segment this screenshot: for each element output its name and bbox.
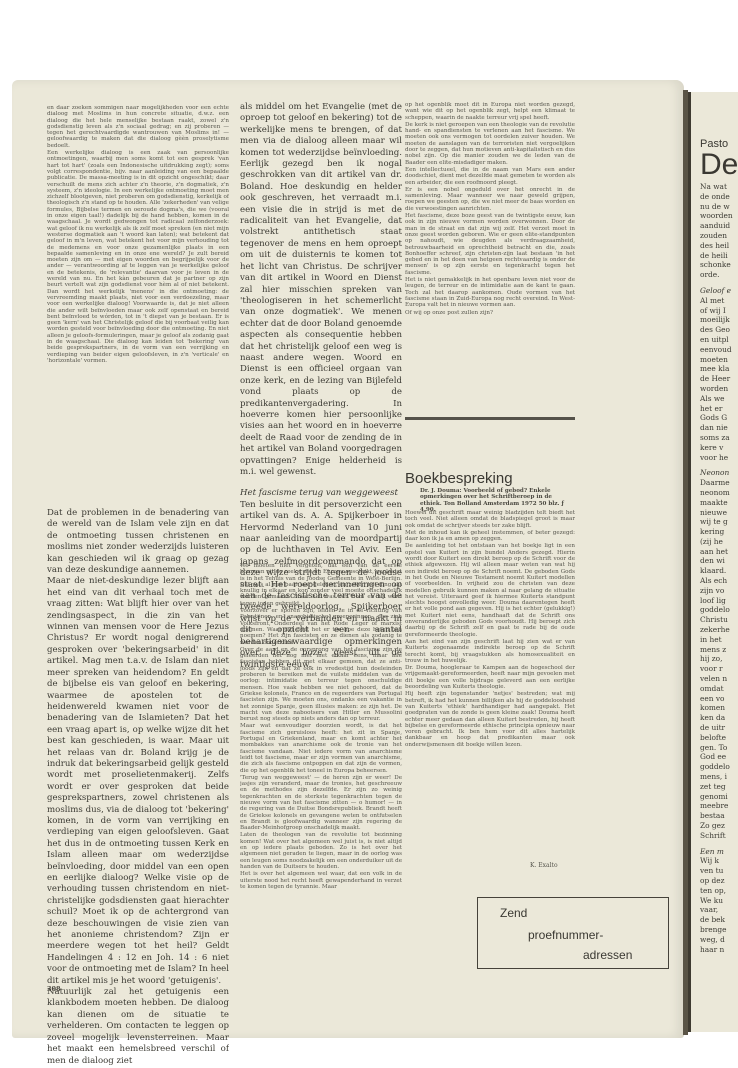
paragraph: Dr. Douma, hoogleraar te Kampen aan de h… bbox=[405, 665, 575, 690]
right-page-heading: De bbox=[700, 148, 738, 182]
text-line: velen n bbox=[700, 674, 738, 684]
text-line: goddelo bbox=[700, 762, 738, 772]
text-line: hij zo, bbox=[700, 654, 738, 664]
text-line: We ku bbox=[700, 896, 738, 906]
ad-line-3: adressen bbox=[583, 948, 632, 962]
text-line: Schrift bbox=[700, 831, 738, 841]
text-line: (zij he bbox=[700, 537, 738, 547]
text-line: mens, i bbox=[700, 772, 738, 782]
paragraph: 'Terug van weggeweest' — de heren zijn e… bbox=[240, 775, 402, 832]
paragraph: Maar de niet-deskundige lezer blijft aan… bbox=[47, 576, 229, 987]
text-line: moeten bbox=[700, 355, 738, 365]
text-line: Daarme bbox=[700, 478, 738, 488]
text-line: Zo gez bbox=[700, 821, 738, 831]
ad-line-2: proefnummer- bbox=[528, 928, 603, 942]
text-line: dan nie bbox=[700, 423, 738, 433]
text-line: Geloof e bbox=[700, 286, 738, 296]
text-line: nu de w bbox=[700, 202, 738, 212]
text-line: Als we bbox=[700, 394, 738, 404]
text-line: komen bbox=[700, 703, 738, 713]
text-line: gen. To bbox=[700, 743, 738, 753]
text-line: de Heer bbox=[700, 374, 738, 384]
text-line: worden bbox=[700, 384, 738, 394]
column-1-large-text: Dat de problemen in de benadering van de… bbox=[47, 508, 229, 1067]
paragraph: Over de aard en de oorsprong van het fas… bbox=[240, 647, 402, 723]
text-line: zekerhe bbox=[700, 625, 738, 635]
text-line: vaar, bbox=[700, 905, 738, 915]
text-line: wij te g bbox=[700, 517, 738, 527]
text-line: zet teg bbox=[700, 782, 738, 792]
text-line: de heili bbox=[700, 251, 738, 261]
text-line: Al met bbox=[700, 296, 738, 306]
text-line: soms za bbox=[700, 433, 738, 443]
text-line: belofte bbox=[700, 733, 738, 743]
text-line: des Geo bbox=[700, 325, 738, 335]
text-line: loof lig bbox=[700, 596, 738, 606]
paragraph: Maar wat eenvoudiger doorzien wordt, is … bbox=[240, 723, 402, 773]
text-line: neonom bbox=[700, 488, 738, 498]
text-line: kering bbox=[700, 527, 738, 537]
paragraph: Aan het eind van zijn geschrift laat hij… bbox=[405, 639, 575, 664]
text-line: des heil bbox=[700, 241, 738, 251]
text-line: ven tu bbox=[700, 866, 738, 876]
review-heading: Boekbespreking bbox=[405, 470, 513, 487]
text-line: Gods G bbox=[700, 413, 738, 423]
text-line: meebre bbox=[700, 801, 738, 811]
paragraph: Of wij op onze post zullen zijn? bbox=[405, 310, 575, 316]
text-line: schonke bbox=[700, 260, 738, 270]
paragraph: en daar zoeken sommigen naar mogelijkhed… bbox=[47, 105, 229, 149]
text-line: Een m bbox=[700, 847, 738, 857]
right-page-text: Na watde ondenu de wwoordenaanduidzouden… bbox=[700, 182, 738, 954]
paragraph: Het is over het algemeen wel waar, dat e… bbox=[240, 871, 402, 890]
text-line: Christu bbox=[700, 615, 738, 625]
column-3-small-text: op het ogenblik moet dit in Europa niet … bbox=[405, 102, 575, 317]
text-line: de uitr bbox=[700, 723, 738, 733]
review-body: Hoewel dit geschrift maar weinig bladzij… bbox=[405, 510, 575, 749]
text-line: kere v bbox=[700, 443, 738, 453]
text-line: weg, d bbox=[700, 935, 738, 945]
text-line: en uitpl bbox=[700, 335, 738, 345]
section-divider bbox=[405, 417, 575, 420]
paragraph: op het ogenblik moet dit in Europa niet … bbox=[405, 102, 575, 121]
text-line: op dez bbox=[700, 876, 738, 886]
paragraph: Er is een nobel ongeduld over het onrech… bbox=[405, 187, 575, 212]
section-heading: Het fascisme terug van weggeweest bbox=[240, 488, 402, 499]
column-1-small-text: en daar zoeken sommigen naar mogelijkhed… bbox=[47, 105, 229, 365]
text-line: mens z bbox=[700, 645, 738, 655]
text-line: Neonon bbox=[700, 468, 738, 478]
text-line: de bek bbox=[700, 915, 738, 925]
text-line: den wi bbox=[700, 556, 738, 566]
paragraph: We moeten niet vergeten, dat een van de … bbox=[240, 563, 402, 607]
ad-line-1: Zend bbox=[500, 906, 527, 920]
text-line: ten op, bbox=[700, 886, 738, 896]
paragraph: Met de inhoud kan ik geheel instemmen, o… bbox=[405, 530, 575, 543]
text-line: moeilijk bbox=[700, 315, 738, 325]
page-number: 308 bbox=[47, 985, 61, 993]
column-2-small-text: We moeten niet vergeten, dat een van de … bbox=[240, 563, 402, 891]
text-line: de onde bbox=[700, 192, 738, 202]
paragraph: als middel om het Evangelie (met de opro… bbox=[240, 102, 402, 478]
paragraph: Het fascisme, deze boze geest van de twi… bbox=[405, 213, 575, 276]
text-line: voor r bbox=[700, 664, 738, 674]
text-line: Wij k bbox=[700, 856, 738, 866]
text-line: een vo bbox=[700, 694, 738, 704]
text-line: eenvoud bbox=[700, 345, 738, 355]
text-line: het er bbox=[700, 404, 738, 414]
review-author: K. Exalto bbox=[530, 862, 558, 869]
text-line: brenge bbox=[700, 925, 738, 935]
paragraph: Hij heeft zijn tegenstander 'netjes' bes… bbox=[405, 691, 575, 748]
text-line: maakte bbox=[700, 498, 738, 508]
paragraph: Een intellectueel, die in de naam van Ma… bbox=[405, 167, 575, 186]
paragraph: Het is niet gemakkelijk in het openbare … bbox=[405, 277, 575, 308]
text-line: in het bbox=[700, 635, 738, 645]
text-line: goddelo bbox=[700, 605, 738, 615]
text-line: aan het bbox=[700, 547, 738, 557]
paragraph: Voorzover er sporen zijn, leiden ze in d… bbox=[240, 608, 402, 646]
paragraph: De kerk is niet geroepen van een theolog… bbox=[405, 122, 575, 166]
text-line: Na wat bbox=[700, 182, 738, 192]
text-line: genomi bbox=[700, 792, 738, 802]
text-line: aanduid bbox=[700, 221, 738, 231]
paragraph: De aanleiding tot het ontstaan van het b… bbox=[405, 543, 575, 637]
text-line: orde. bbox=[700, 270, 738, 280]
text-line: haar n bbox=[700, 945, 738, 955]
text-line: omdat bbox=[700, 684, 738, 694]
text-line: zouden bbox=[700, 231, 738, 241]
text-line: God ee bbox=[700, 752, 738, 762]
paragraph: Dat de problemen in de benadering van de… bbox=[47, 508, 229, 576]
text-line: zijn vo bbox=[700, 586, 738, 596]
text-line: woorden bbox=[700, 211, 738, 221]
advertisement-box: Zend proefnummer- adressen bbox=[477, 897, 669, 969]
paragraph: Natuurlijk zal het getuigenis een klankb… bbox=[47, 987, 229, 1067]
text-line: Als ech bbox=[700, 576, 738, 586]
text-line: nieuwe bbox=[700, 508, 738, 518]
paragraph: Laten de theologen van de revolutie tot … bbox=[240, 832, 402, 870]
text-line: klaard. bbox=[700, 566, 738, 576]
text-line: voor he bbox=[700, 453, 738, 463]
text-line: ken da bbox=[700, 713, 738, 723]
text-line: mee kla bbox=[700, 364, 738, 374]
text-line: of wij I bbox=[700, 306, 738, 316]
text-line: bestaa bbox=[700, 811, 738, 821]
paragraph: Hoewel dit geschrift maar weinig bladzij… bbox=[405, 510, 575, 529]
paragraph: Een werkelijke dialoog is een zaak van p… bbox=[47, 150, 229, 364]
